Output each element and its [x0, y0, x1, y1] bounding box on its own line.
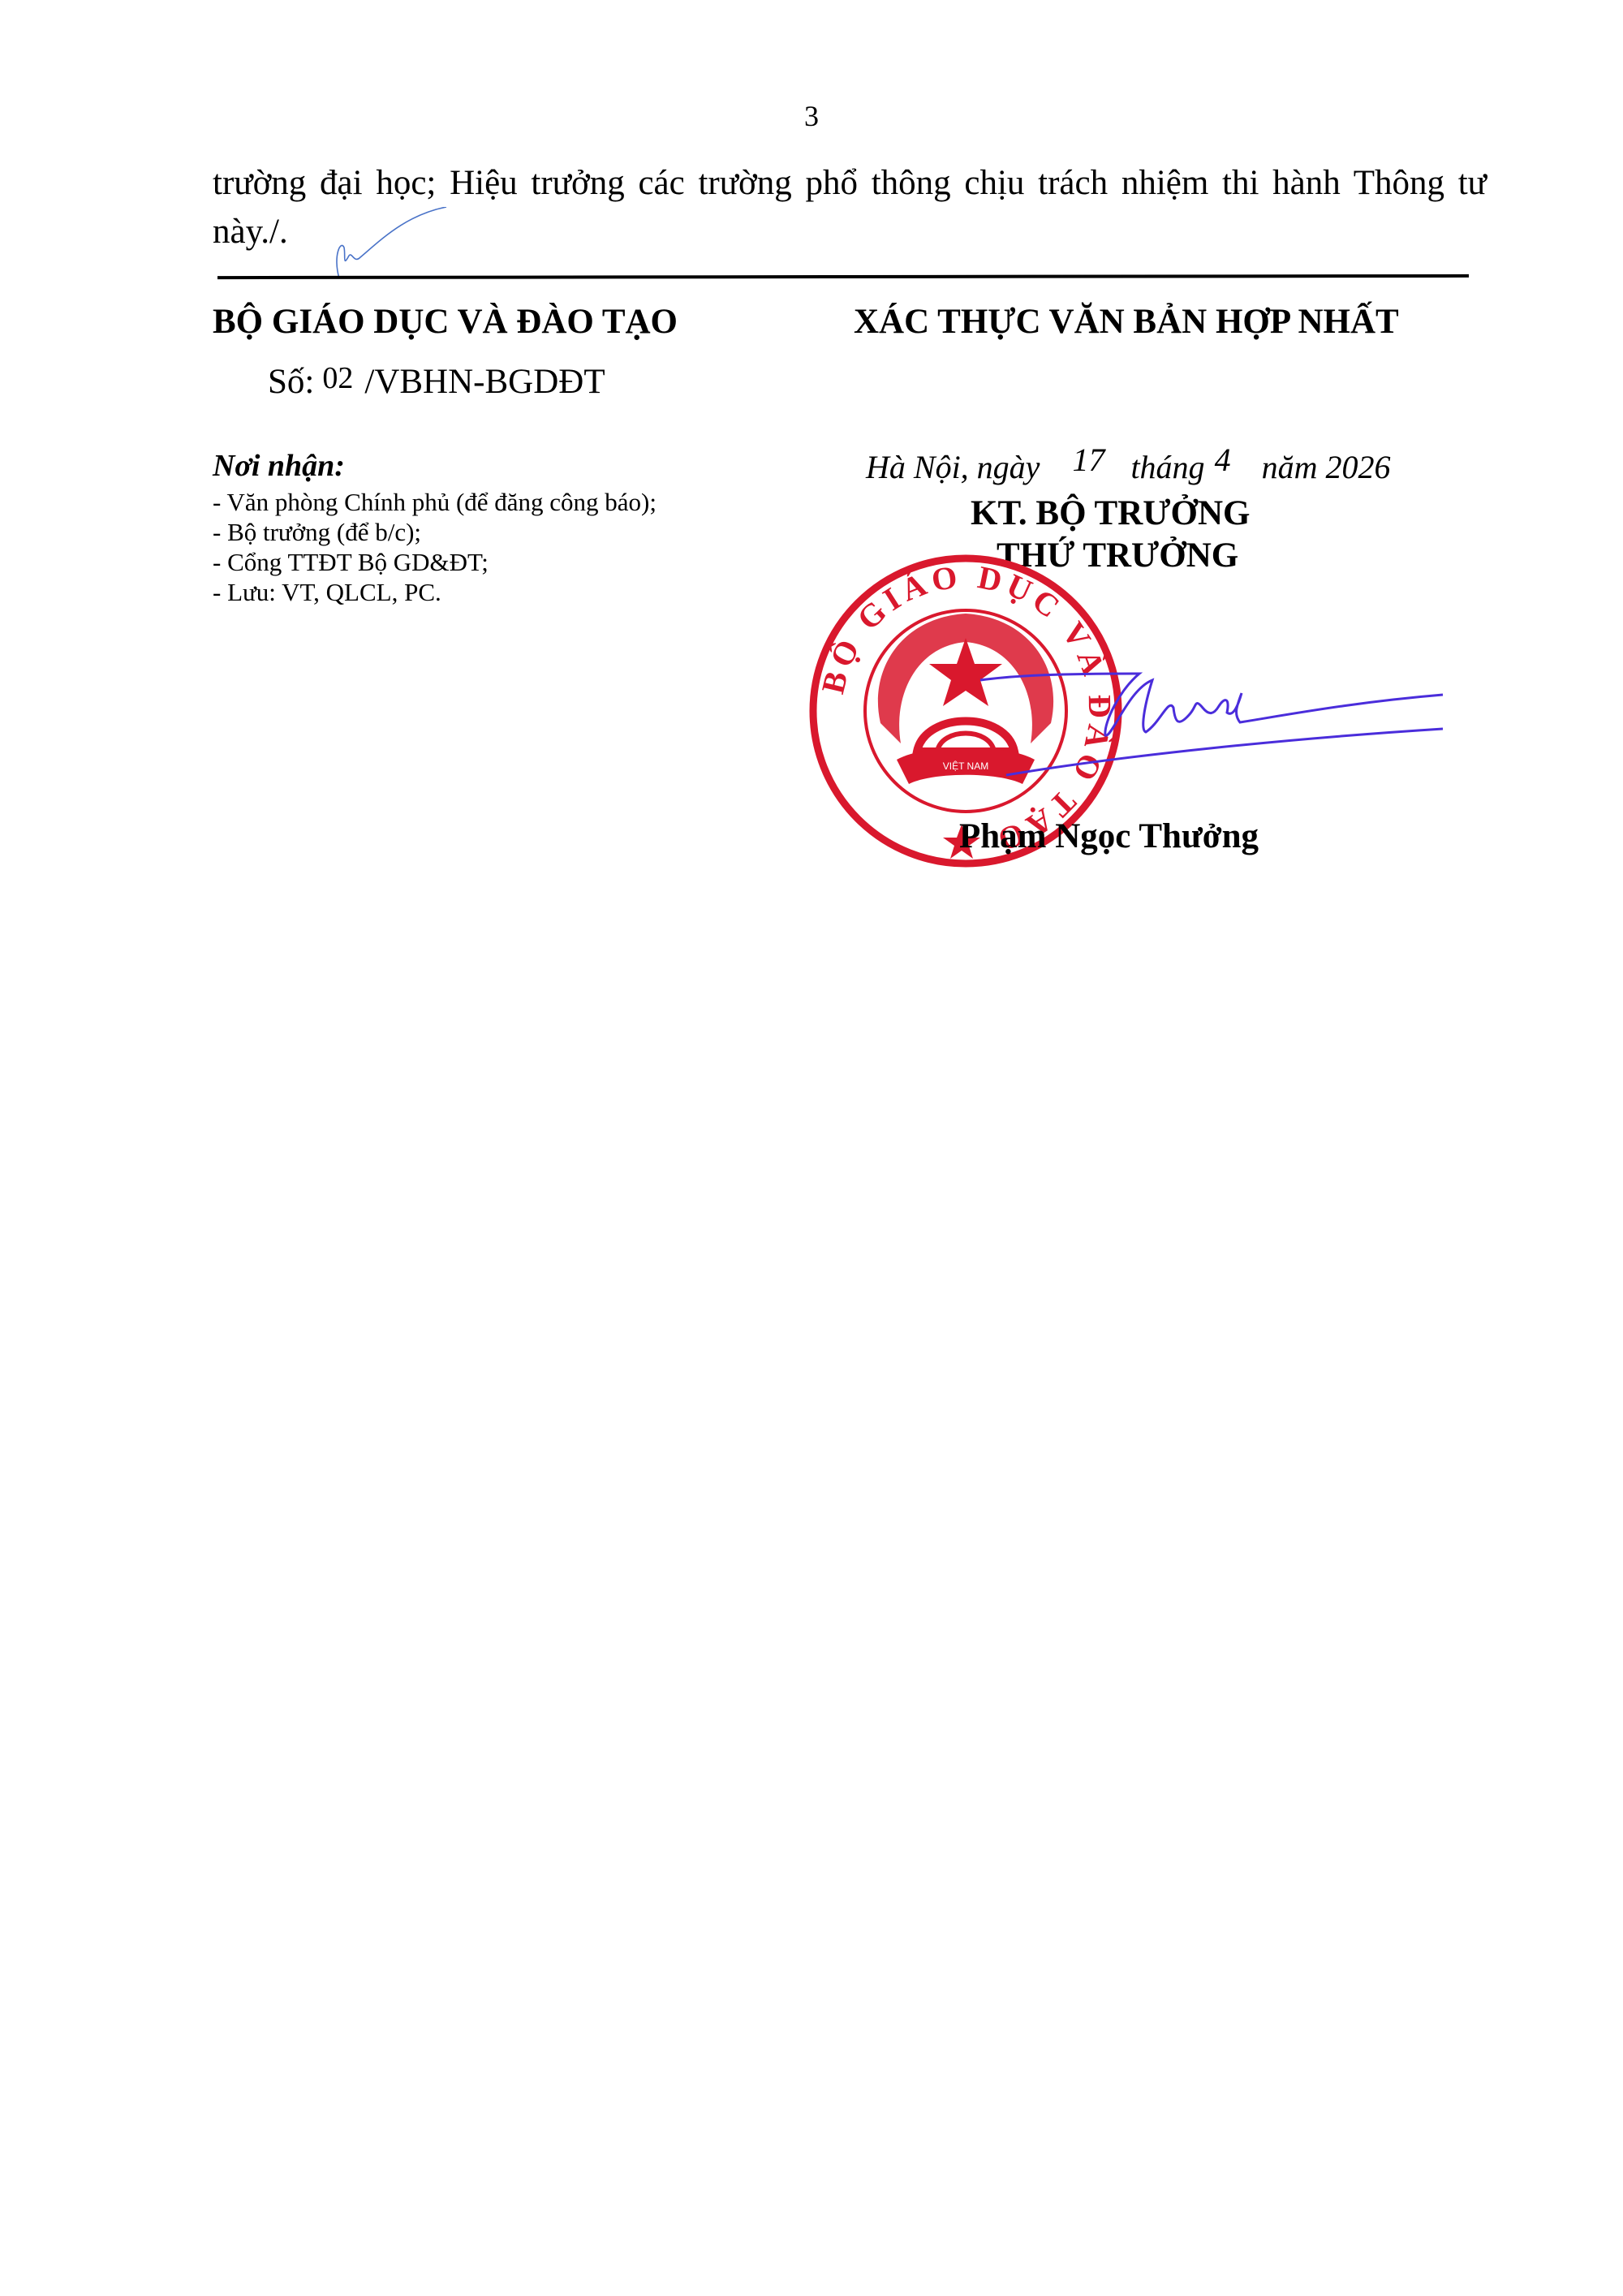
document-number: Số:02/VBHN-BGDĐT	[268, 362, 605, 402]
divider-line	[217, 274, 1469, 279]
date-line: Hà Nội, ngày 17 tháng 4 năm 2026	[866, 448, 1390, 486]
doc-number-suffix: /VBHN-BGDĐT	[364, 363, 605, 401]
date-month: 4	[1215, 442, 1231, 478]
recipient-item: - Văn phòng Chính phủ (để đăng công báo)…	[213, 487, 657, 517]
page-number: 3	[0, 99, 1623, 133]
doc-number-value: 02	[322, 361, 353, 395]
signer-name: Phạm Ngọc Thưởng	[959, 816, 1259, 856]
doc-number-prefix: Số:	[268, 363, 314, 401]
recipient-item: - Cổng TTĐT Bộ GD&ĐT;	[213, 547, 657, 577]
handwritten-signature-icon	[966, 657, 1453, 820]
date-month-label: tháng	[1130, 449, 1204, 485]
issuing-org-name: BỘ GIÁO DỤC VÀ ĐÀO TẠO	[213, 302, 678, 342]
recipients-list: - Văn phòng Chính phủ (để đăng công báo)…	[213, 487, 657, 607]
date-day: 17	[1072, 442, 1104, 478]
recipient-item: - Bộ trưởng (để b/c);	[213, 517, 657, 547]
signer-title-line1: KT. BỘ TRƯỞNG	[971, 493, 1250, 533]
date-year: năm 2026	[1262, 449, 1391, 485]
recipients-title: Nơi nhận:	[213, 448, 345, 484]
recipient-item: - Lưu: VT, QLCL, PC.	[213, 577, 657, 607]
authentication-title: XÁC THỰC VĂN BẢN HỢP NHẤT	[854, 302, 1399, 342]
date-place: Hà Nội, ngày	[866, 449, 1040, 485]
